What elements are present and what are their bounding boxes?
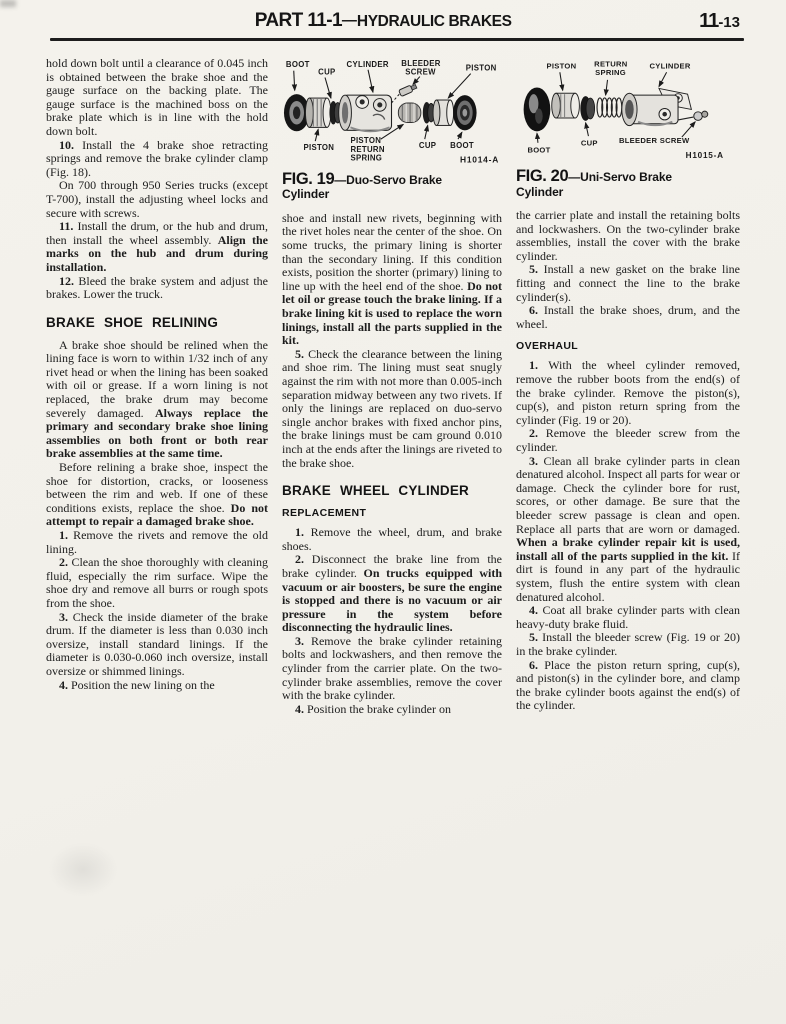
figure-20-diagram: PISTON RETURN SPRING CYLINDER BOOT CUP B… (516, 57, 740, 164)
fig19-code: H1014-A (460, 155, 499, 165)
fig20-label-cylinder: CYLINDER (649, 61, 690, 70)
part-title: HYDRAULIC BRAKES (357, 13, 512, 30)
label-arrow (368, 70, 373, 92)
paragraph: 5. Install a new gasket on the brake lin… (516, 263, 740, 304)
bleeder-screw-part (399, 83, 418, 96)
paragraph: 6. Install the brake shoes, drum, and th… (516, 304, 740, 331)
paragraph: the carrier plate and install the retain… (516, 209, 740, 263)
body-text: Install a new gasket on the brake line f… (516, 262, 740, 303)
fig19-label-spring-1: PISTON (350, 136, 381, 145)
body-text: Position the new lining on the (71, 678, 215, 692)
return-spring-part (597, 98, 622, 117)
bleeder-screw-part (678, 111, 708, 120)
bold-text: 2. (295, 552, 312, 566)
text-columns: hold down bolt until a clearance of 0.04… (46, 57, 740, 716)
figure-20: PISTON RETURN SPRING CYLINDER BOOT CUP B… (516, 57, 740, 199)
bold-text: 1. (59, 528, 73, 542)
label-arrow (315, 129, 318, 141)
paragraph: 10. Install the 4 brake shoe retracting … (46, 139, 268, 180)
label-arrow (682, 122, 695, 137)
body-text: Remove the rivets and remove the old lin… (46, 528, 268, 556)
body-text: Clean the shoe thoroughly with cleaning … (46, 555, 268, 610)
fig19-label-boot-left: BOOT (286, 60, 310, 69)
label-arrow (448, 74, 470, 98)
fig20-code: H1015-A (686, 151, 724, 160)
paragraph: 3. Clean all brake cylinder parts in cle… (516, 455, 740, 605)
body-text: Bleed the brake system and adjust the br… (46, 274, 268, 302)
column-right: PISTON RETURN SPRING CYLINDER BOOT CUP B… (516, 57, 740, 716)
label-arrow (425, 125, 428, 139)
column-middle: BOOT CUP CYLINDER BLEEDER SCREW PISTON P… (282, 57, 502, 716)
body-text: With the wheel cylinder removed, remove … (516, 358, 740, 426)
bold-text: 1. (529, 358, 548, 372)
boot-part (453, 95, 476, 130)
label-arrow (458, 132, 462, 139)
page-number: 11-13 (699, 10, 740, 33)
figure-19-title-line2: Cylinder (282, 188, 502, 201)
bold-text: 11. (59, 219, 78, 233)
section-heading: BRAKE WHEEL CYLINDER (282, 483, 502, 498)
body-text: Remove the wheel, drum, and brake shoes. (282, 525, 502, 553)
section-heading: BRAKE SHOE RELINING (46, 315, 268, 330)
body-text: Coat all brake cylinder parts with clean… (516, 603, 740, 631)
body-text: Remove the brake cylinder retaining bolt… (282, 634, 502, 702)
paragraph: 2. Remove the bleeder screw from the cyl… (516, 427, 740, 454)
title-dash: — (342, 12, 357, 29)
bold-text: 1. (295, 525, 311, 539)
bold-text: 4. (59, 678, 71, 692)
paragraph: On 700 through 950 Series trucks (except… (46, 179, 268, 220)
page-number-minor: -13 (718, 14, 740, 31)
subsection-heading: REPLACEMENT (282, 507, 502, 519)
fig19-label-bleeder-1: BLEEDER (401, 59, 440, 68)
figure-19-number: FIG. 19 (282, 170, 334, 188)
body-text: Clean all brake cylinder parts in clean … (516, 454, 740, 536)
page-number-major: 11 (699, 10, 718, 32)
bold-text: 3. (59, 610, 73, 624)
body-text: Check the clearance between the lining a… (282, 347, 502, 470)
label-arrow (294, 71, 295, 91)
fig19-label-bleeder-2: SCREW (405, 68, 436, 77)
cup-part (580, 96, 594, 121)
paragraph: 2. Clean the shoe thoroughly with cleani… (46, 556, 268, 610)
fig20-label-bleeder: BLEEDER SCREW (619, 136, 690, 145)
bold-text: When a brake cylinder repair kit is used… (516, 535, 740, 563)
page-title: PART 11-1—HYDRAULIC BRAKES (255, 10, 512, 32)
paragraph: A brake shoe should be relined when the … (46, 339, 268, 461)
paragraph: shoe and install new rivets, beginning w… (282, 212, 502, 348)
paragraph: 11. Install the drum, or the hub and dru… (46, 220, 268, 274)
body-text: Check the inside diameter of the brake d… (46, 610, 268, 678)
paragraph: 5. Install the bleeder screw (Fig. 19 or… (516, 631, 740, 658)
paragraph: 4. Position the new lining on the (46, 679, 268, 693)
paragraph: 4. Coat all brake cylinder parts with cl… (516, 604, 740, 631)
bold-text: 2. (529, 426, 546, 440)
figure-19: BOOT CUP CYLINDER BLEEDER SCREW PISTON P… (282, 57, 502, 202)
fig20-label-cup: CUP (581, 139, 598, 148)
figure-19-title: —Duo-Servo Brake (334, 173, 442, 187)
body-text: Position the brake cylinder on (307, 702, 451, 716)
fig19-label-boot-right: BOOT (450, 141, 474, 150)
fig19-label-piston-right: PISTON (466, 64, 497, 73)
bold-text: 4. (529, 603, 542, 617)
label-arrow (606, 80, 608, 95)
piston-part (305, 98, 330, 127)
fig20-label-piston: PISTON (547, 61, 577, 70)
paragraph: 1. Remove the wheel, drum, and brake sho… (282, 526, 502, 553)
paragraph: 3. Remove the brake cylinder retaining b… (282, 635, 502, 703)
fig19-label-cup-left: CUP (318, 68, 335, 77)
label-arrow (659, 72, 667, 86)
manual-page: PART 11-1—HYDRAULIC BRAKES 11-13 hold do… (0, 0, 786, 1024)
page-header: PART 11-1—HYDRAULIC BRAKES 11-13 (50, 8, 742, 38)
bold-text: 12. (59, 274, 78, 288)
figure-19-diagram: BOOT CUP CYLINDER BLEEDER SCREW PISTON P… (282, 57, 502, 167)
paragraph: 2. Disconnect the brake line from the br… (282, 553, 502, 635)
boot-part (524, 88, 551, 132)
body-text: On 700 through 950 Series trucks (except… (46, 178, 268, 219)
bold-text: 5. (529, 630, 542, 644)
body-text: Install the brake shoes, drum, and the w… (516, 303, 740, 331)
header-divider (50, 38, 744, 41)
body-text: Remove the bleeder screw from the cylind… (516, 426, 740, 454)
body-text: Place the piston return spring, cup(s), … (516, 658, 740, 713)
fig19-label-spring-3: SPRING (350, 154, 382, 163)
part-number: PART 11-1 (255, 10, 342, 31)
paragraph: 3. Check the inside diameter of the brak… (46, 611, 268, 679)
fig19-label-spring-2: RETURN (350, 145, 384, 154)
figure-19-caption: FIG. 19—Duo-Servo Brake Cylinder (282, 170, 502, 202)
piston-part (433, 100, 454, 125)
bold-text: 4. (295, 702, 307, 716)
column-left-text: hold down bolt until a clearance of 0.04… (46, 57, 268, 692)
paragraph: Before relining a brake shoe, inspect th… (46, 461, 268, 529)
bold-text: 10. (59, 138, 82, 152)
figure-20-title-line2: Cylinder (516, 186, 740, 199)
bold-text: 3. (529, 454, 543, 468)
column-middle-text: shoe and install new rivets, beginning w… (282, 212, 502, 717)
label-arrow (413, 77, 420, 85)
body-text: Install the bleeder screw (Fig. 19 or 20… (516, 630, 740, 658)
paragraph: 1. With the wheel cylinder removed, remo… (516, 359, 740, 427)
figure-20-title: —Uni-Servo Brake (568, 170, 672, 184)
cylinder-part (622, 88, 692, 125)
return-spring-part (398, 103, 420, 123)
label-arrow (586, 123, 589, 136)
figure-20-caption: FIG. 20—Uni-Servo Brake Cylinder (516, 167, 740, 199)
bold-text: 5. (529, 262, 544, 276)
scan-smudge (48, 842, 118, 897)
bold-text: 3. (295, 634, 311, 648)
paragraph: 5. Check the clearance between the linin… (282, 348, 502, 470)
subsection-heading: OVERHAUL (516, 340, 740, 352)
piston-part (552, 93, 580, 118)
column-right-text: the carrier plate and install the retain… (516, 209, 740, 713)
fig20-label-spring-2: SPRING (595, 68, 626, 77)
scan-speck (0, 0, 16, 7)
paragraph: 12. Bleed the brake system and adjust th… (46, 275, 268, 302)
fig19-label-cylinder: CYLINDER (347, 60, 389, 69)
body-text: hold down bolt until a clearance of 0.04… (46, 56, 268, 138)
paragraph: 4. Position the brake cylinder on (282, 703, 502, 717)
bold-text: 5. (295, 347, 308, 361)
body-text: the carrier plate and install the retain… (516, 208, 740, 263)
fig20-label-boot: BOOT (527, 145, 550, 154)
paragraph: 1. Remove the rivets and remove the old … (46, 529, 268, 556)
bleeder-dashed-line (392, 94, 400, 103)
label-arrow (325, 78, 331, 99)
fig19-label-piston-left: PISTON (304, 143, 335, 152)
label-arrow (560, 72, 563, 90)
paragraph: 6. Place the piston return spring, cup(s… (516, 659, 740, 713)
label-arrow (537, 133, 538, 143)
paragraph: hold down bolt until a clearance of 0.04… (46, 57, 268, 139)
bold-text: 2. (59, 555, 71, 569)
cylinder-part (339, 95, 392, 131)
figure-20-number: FIG. 20 (516, 167, 568, 185)
bold-text: 6. (529, 658, 544, 672)
column-left: hold down bolt until a clearance of 0.04… (46, 57, 268, 716)
bold-text: 6. (529, 303, 544, 317)
fig19-label-cup-right: CUP (419, 141, 436, 150)
